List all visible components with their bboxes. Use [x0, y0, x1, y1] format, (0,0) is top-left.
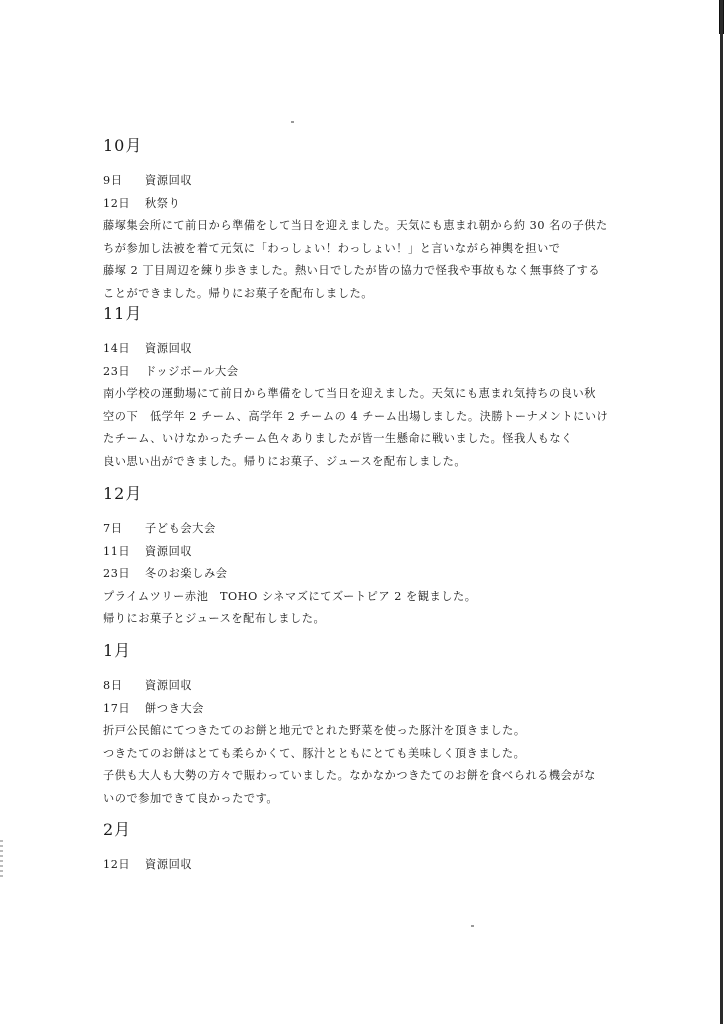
section-january: 1月 8日資源回収 17日餅つき大会 折戸公民館にてつきたてのお餅と地元でとれた… [103, 637, 596, 810]
event-title: 資源回収 [145, 679, 192, 692]
event-date: 12日 [103, 854, 145, 877]
event-date: 23日 [103, 563, 145, 586]
scan-speck [291, 121, 294, 123]
section-november: 11月 14日資源回収 23日ドッジボール大会 南小学校の運動場にて前日から準備… [103, 300, 608, 473]
body-text-line: つきたてのお餅はとても柔らかくて、豚汁とともにとても美味しく頂きました。 [103, 743, 596, 766]
event-title: 資源回収 [145, 342, 192, 355]
event-title: 冬のお楽しみ会 [145, 567, 228, 580]
event-title: 餅つき大会 [145, 702, 204, 715]
body-text-line: 藤塚集会所にて前日から準備をして当日を迎えました。天気にも恵まれ朝から約 30 … [103, 215, 608, 238]
body-text-line: ちが参加し法被を着て元気に「わっしょい！わっしょい！」と言いながら神輿を担いで [103, 238, 608, 261]
month-heading: 12月 [103, 480, 476, 508]
event-line: 9日資源回収 [103, 170, 608, 193]
scanned-page: 10月 9日資源回収 12日秋祭り 藤塚集会所にて前日から準備をして当日を迎えま… [0, 0, 724, 1024]
section-october: 10月 9日資源回収 12日秋祭り 藤塚集会所にて前日から準備をして当日を迎えま… [103, 132, 608, 305]
event-title: 子ども会大会 [145, 522, 216, 535]
body-text-line: 藤塚 2 丁目周辺を練り歩きました。熱い日でしたが皆の協力で怪我や事故もなく無事… [103, 260, 608, 283]
body-text-line: 帰りにお菓子とジュースを配布しました。 [103, 608, 476, 631]
month-heading: 11月 [103, 300, 608, 328]
scan-edge-noise [0, 840, 3, 880]
event-line: 14日資源回収 [103, 338, 608, 361]
event-line: 23日冬のお楽しみ会 [103, 563, 476, 586]
body-text-line: 折戸公民館にてつきたてのお餅と地元でとれた野菜を使った豚汁を頂きました。 [103, 720, 596, 743]
event-date: 9日 [103, 170, 145, 193]
event-title: 秋祭り [145, 197, 180, 210]
event-line: 11日資源回収 [103, 541, 476, 564]
event-title: 資源回収 [145, 858, 192, 871]
event-title: ドッジボール大会 [145, 365, 239, 378]
body-text-line: 空の下 低学年 2 チーム、高学年 2 チームの 4 チーム出場しました。決勝ト… [103, 406, 608, 429]
event-title: 資源回収 [145, 545, 192, 558]
section-february: 2月 12日資源回収 [103, 816, 192, 877]
event-line: 8日資源回収 [103, 675, 596, 698]
event-line: 17日餅つき大会 [103, 698, 596, 721]
event-line: 23日ドッジボール大会 [103, 361, 608, 384]
event-date: 8日 [103, 675, 145, 698]
event-line: 12日資源回収 [103, 854, 192, 877]
event-date: 14日 [103, 338, 145, 361]
body-text-line: たチーム、いけなかったチーム色々ありましたが皆一生懸命に戦いました。怪我人もなく [103, 428, 608, 451]
event-date: 17日 [103, 698, 145, 721]
event-date: 7日 [103, 518, 145, 541]
month-heading: 2月 [103, 816, 192, 844]
event-line: 7日子ども会大会 [103, 518, 476, 541]
body-text-line: 子供も大人も大勢の方々で賑わっていました。なかなかつきたてのお餅を食べられる機会… [103, 765, 596, 788]
month-heading: 1月 [103, 637, 596, 665]
event-date: 11日 [103, 541, 145, 564]
event-date: 12日 [103, 193, 145, 216]
scan-edge-line [720, 0, 723, 1024]
month-heading: 10月 [103, 132, 608, 160]
event-date: 23日 [103, 361, 145, 384]
section-december: 12月 7日子ども会大会 11日資源回収 23日冬のお楽しみ会 プライムツリー赤… [103, 480, 476, 631]
event-title: 資源回収 [145, 174, 192, 187]
body-text-line: プライムツリー赤池 TOHO シネマズにてズートピア 2 を観ました。 [103, 586, 476, 609]
scan-speck [471, 925, 474, 927]
body-text-line: 良い思い出ができました。帰りにお菓子、ジュースを配布しました。 [103, 451, 608, 474]
body-text-line: いので参加できて良かったです。 [103, 788, 596, 811]
event-line: 12日秋祭り [103, 193, 608, 216]
body-text-line: 南小学校の運動場にて前日から準備をして当日を迎えました。天気にも恵まれ気持ちの良… [103, 383, 608, 406]
